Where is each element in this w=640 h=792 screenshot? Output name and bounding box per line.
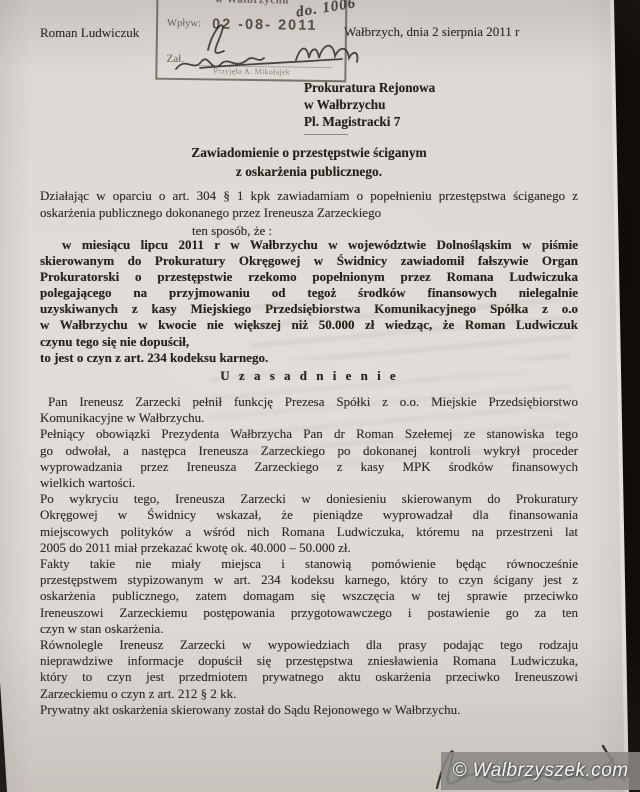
justification-heading: U z a s a d n i e n i e [40, 368, 578, 384]
addressee-line-1: Prokuratura Rejonowa [304, 79, 435, 96]
document-line: Zarzeckiemu o czyn z art. 212 § 2 kk. [40, 686, 578, 702]
watermark-bar: © Walbrzyszek.com [441, 752, 640, 790]
document-line: polegającego na przyjmowaniu od tegoż śr… [40, 285, 578, 301]
title-line-1: Zawiadomienie o przestępstwie ściganym [40, 144, 578, 163]
document-line: Prywatny akt oskarżenia skierowany zosta… [40, 702, 578, 718]
document-line: miejscowych polityków a wśród nich Roman… [40, 524, 578, 540]
document-line: Fakty takie nie miały miejsca i stanowią… [40, 556, 578, 572]
document-line: Ireneuszowi Zarzeckiemu postępowania prz… [40, 605, 578, 621]
document-line: Pełniący obowiązki Prezydenta Wałbrzycha… [40, 426, 578, 442]
document-line: który to czyn jest przedmiotem prywatneg… [40, 669, 578, 685]
document-line: przestępstwem stypizowanym w art. 234 ko… [40, 572, 578, 588]
document-line: to jest o czyn z art. 234 kodeksu karneg… [40, 350, 578, 366]
document-line: w miesiącu lipcu 2011 r w Wałbrzychu w w… [40, 237, 578, 253]
document-line: w Wałbrzychu w kwocie nie większej niż 5… [40, 317, 578, 333]
document-line: Prokuratorski o przestępstwie rzekomo po… [40, 269, 578, 285]
document-line: Pan Ireneusz Zarzecki pełnił funkcję Pre… [40, 394, 578, 410]
document-line: oskarżenia publicznego dokonanego przez … [40, 204, 578, 221]
body-block: Pan Ireneusz Zarzecki pełnił funkcję Pre… [40, 394, 578, 718]
document-line: oskarżenia publicznego, zatem domagam si… [40, 588, 578, 604]
underline-mark [304, 134, 348, 135]
addressee-line-2: w Wałbrzychu [304, 96, 435, 113]
document-title: Zawiadomienie o przestępstwie ściganym z… [40, 144, 578, 181]
intro-block: Działając w oparciu o art. 304 § 1 kpk z… [40, 187, 578, 239]
handwriting-ink [150, 0, 380, 83]
watermark-text: © Walbrzyszek.com [452, 760, 628, 782]
document-line: czyn w stan oskarżenia. [40, 621, 578, 637]
addressee-line-3: Pl. Magistracki 7 [304, 113, 435, 130]
document-line: Komunikacyjne w Wałbrzychu. [40, 410, 578, 426]
document-line: go odwołał, a następca Ireneusza Zarzeck… [40, 443, 578, 459]
document-line: wielkich wartości. [40, 475, 578, 491]
document-line: uzyskiwanych z kasy Miejskiego Przedsięb… [40, 301, 578, 317]
document-photo: Roman Ludwiczuk Wałbrzych, dnia 2 sierpn… [0, 0, 640, 792]
document-line: 2005 do 2011 miał przekazać kwotę ok. 40… [40, 540, 578, 556]
document-line: Okręgowej w Świdnicy wskazał, że pieniąd… [40, 507, 578, 523]
document-line: skierowanym do Prokuratury Okręgowej w Ś… [40, 253, 578, 269]
document-line: Po wykryciu tego, Ireneusza Zarzecki w d… [40, 491, 578, 507]
document-line: Działając w oparciu o art. 304 § 1 kpk z… [40, 187, 578, 204]
sender-name: Roman Ludwiczuk [40, 25, 139, 41]
document-line: wyprowadzania przez Ireneusza Zarzeckieg… [40, 459, 578, 475]
document-line: Równolegle Ireneusz Zarzecki w wypowiedz… [40, 637, 578, 653]
ink-stroke [208, 25, 224, 53]
charge-block: w miesiącu lipcu 2011 r w Wałbrzychu w w… [40, 237, 578, 366]
title-line-2: z oskarżenia publicznego. [40, 163, 578, 182]
document-line: nieprawdziwe informacje dopuścił się prz… [40, 653, 578, 669]
document-line: czynu tego się nie dopuścił, [40, 334, 578, 350]
addressee-block: Prokuratura Rejonowa w Wałbrzychu Pl. Ma… [304, 79, 435, 130]
